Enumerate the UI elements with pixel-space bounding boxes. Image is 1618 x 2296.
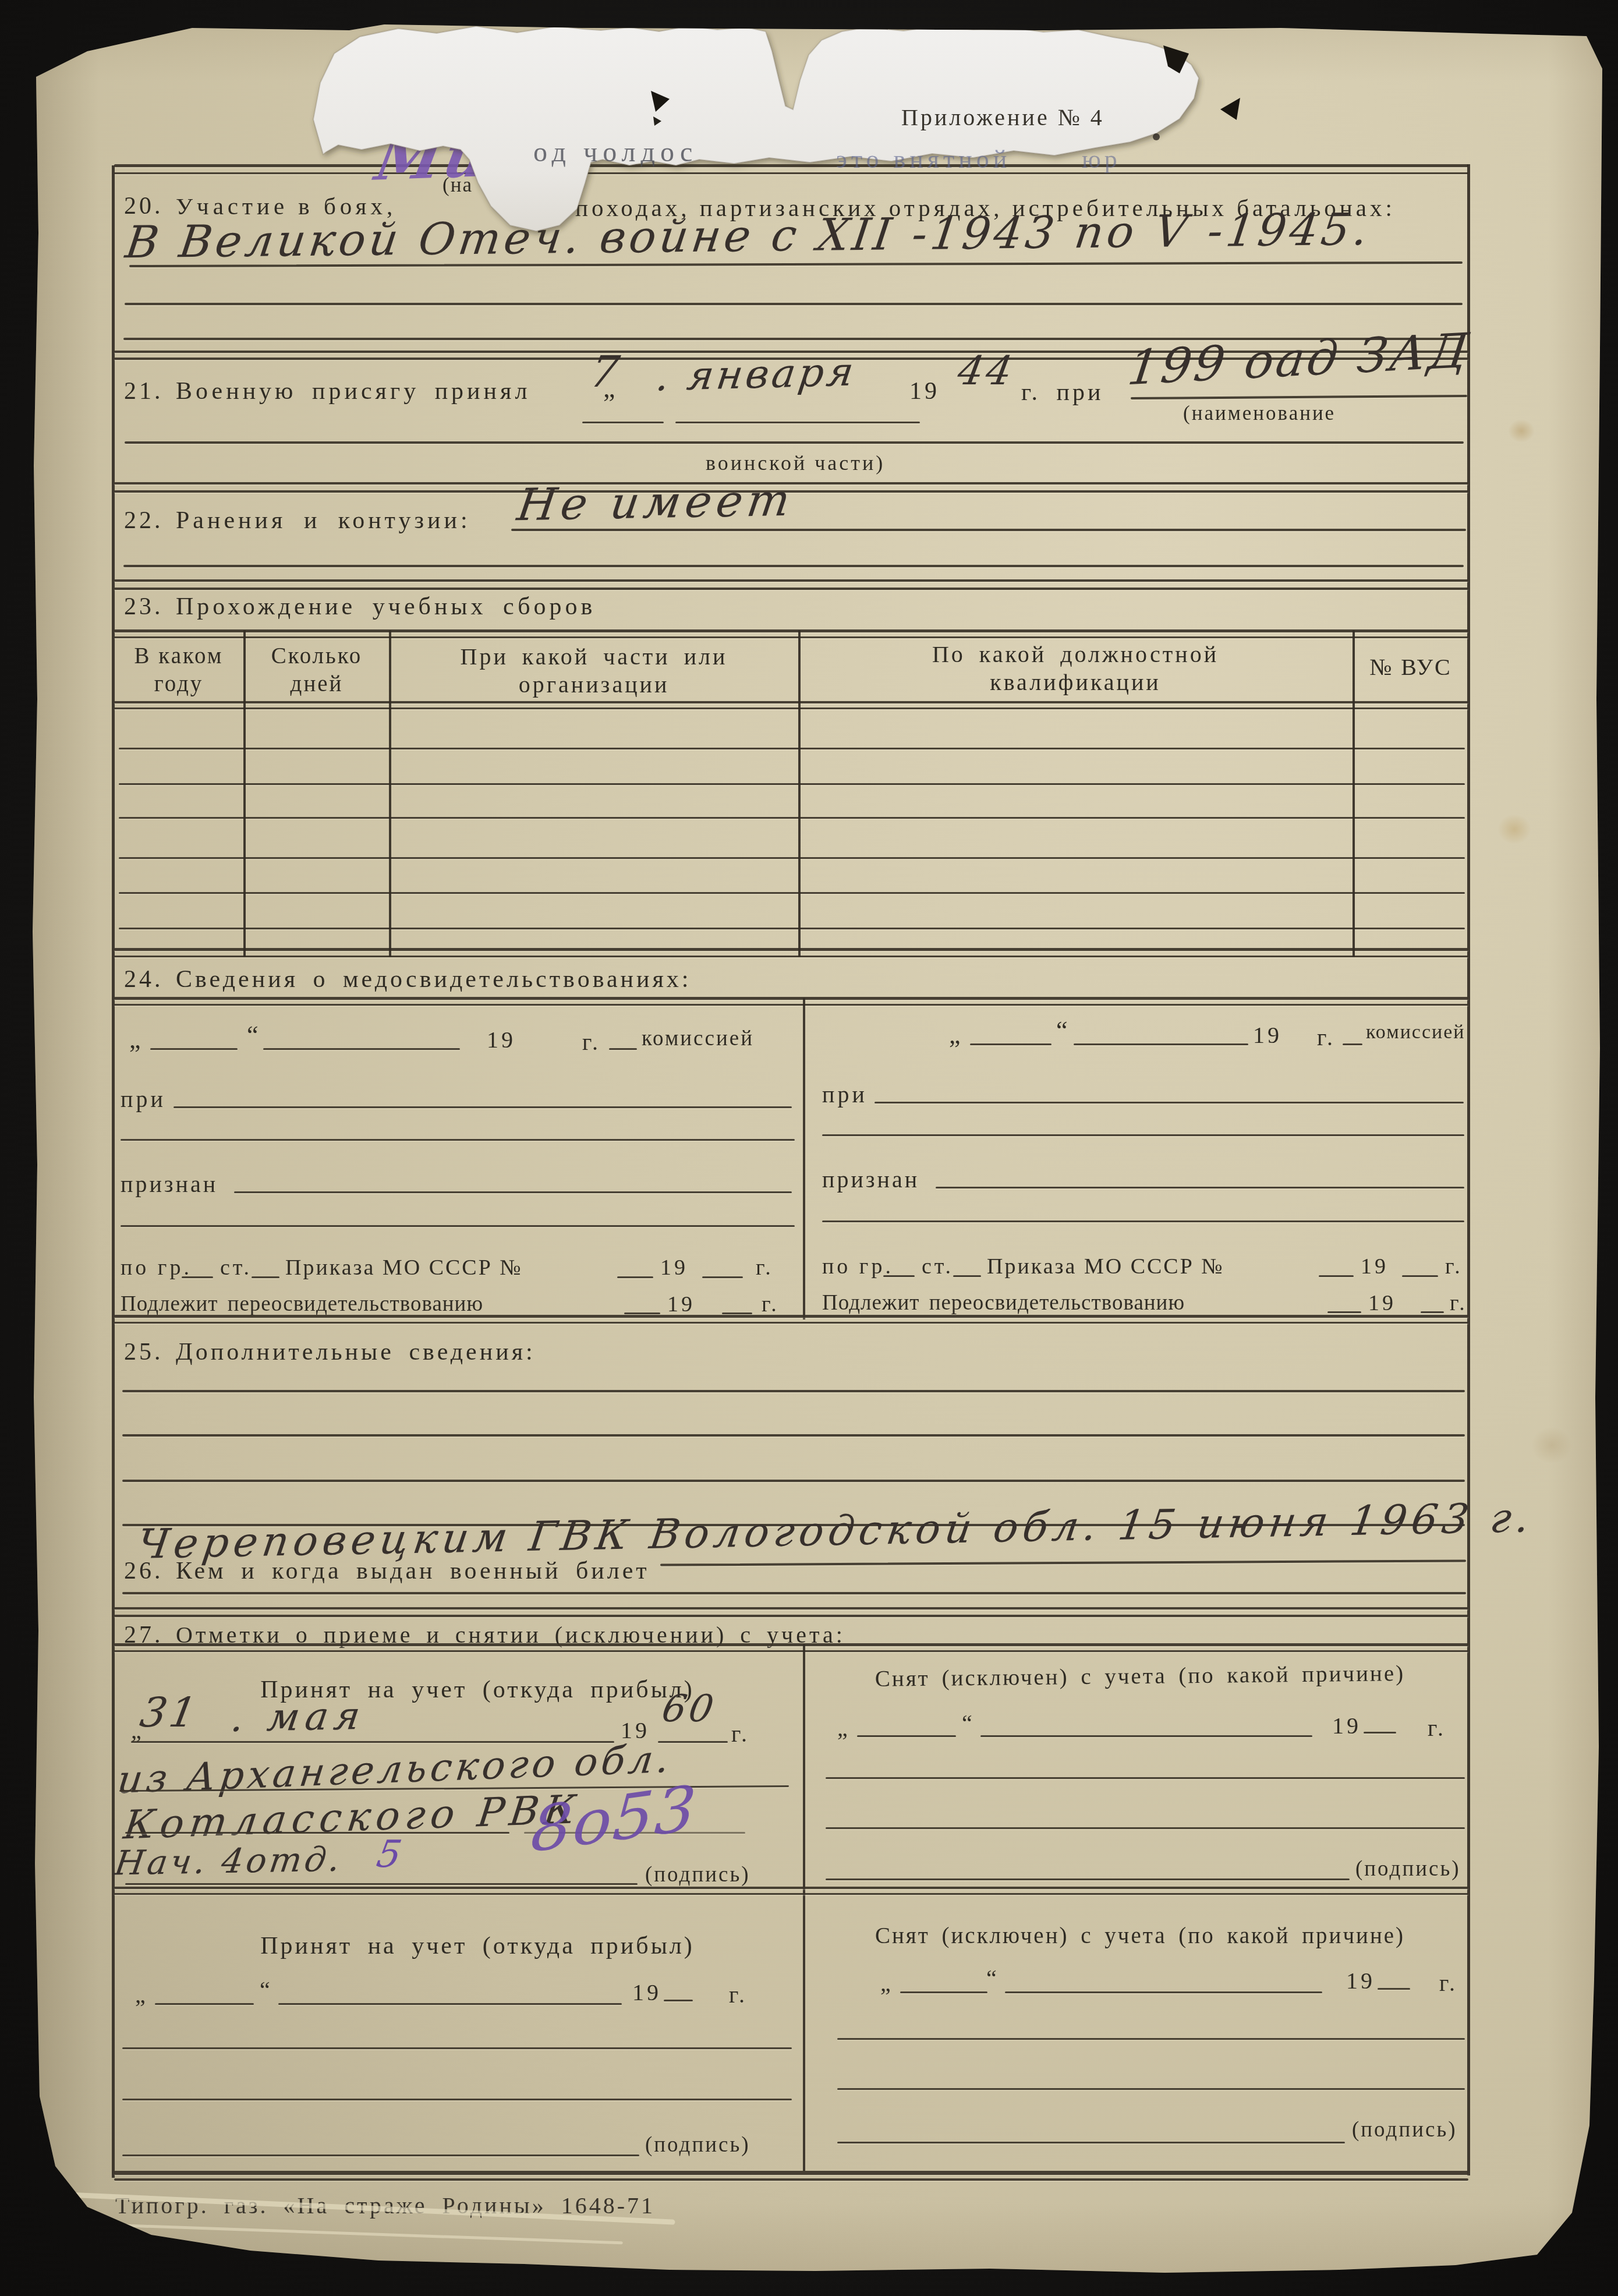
- s27-r2L-q-line: [155, 2003, 254, 2005]
- s24L-order-year: 19: [660, 1255, 688, 1280]
- s27-r1R-q-line: [857, 1735, 956, 1737]
- s20-label-fragment: (на: [442, 174, 473, 197]
- s23-label: Прохождение учебных сборов: [176, 593, 596, 621]
- s23-row-line-5: [119, 892, 1465, 894]
- s21-hint-top: (наименование: [1183, 402, 1336, 425]
- s27-r1R-open-quote: „: [837, 1714, 851, 1742]
- s21-year-handwriting: 44: [954, 348, 1018, 394]
- s23-col3-line2: организации: [391, 671, 796, 698]
- s22-underline: [511, 529, 1466, 531]
- s24R-order-g: г.: [1445, 1254, 1463, 1279]
- s27-r1L-line-3: [125, 1832, 509, 1834]
- s24R-blank-3: [1343, 1043, 1362, 1045]
- s24L-order-line: [617, 1276, 653, 1278]
- s27-r1-line4-handwriting: Нач. 4отд.: [112, 1839, 346, 1883]
- s24L-order: Приказа МО СССР №: [285, 1255, 523, 1280]
- s27-r1-month-handwriting: . мая: [228, 1693, 369, 1740]
- s27-r2R-q-line: [900, 1991, 987, 1993]
- form-bottom-border-2: [114, 2178, 1468, 2181]
- s24L-year-suffix: г.: [582, 1028, 601, 1056]
- s27-r2L-year-line: [664, 2000, 693, 2001]
- s21-number: 21.: [124, 377, 164, 405]
- s26-divider: [114, 1607, 1468, 1609]
- s22-divider: [114, 579, 1468, 582]
- patch-hole-4: [1153, 133, 1160, 140]
- s23-table-bottom: [114, 948, 1468, 951]
- s24-number: 24.: [124, 965, 164, 993]
- s27-r2R-year-prefix: 19: [1346, 1967, 1375, 1994]
- s27-r1-year-handwriting: 60: [658, 1687, 719, 1731]
- s27-r2L-line-3: [122, 2099, 792, 2100]
- s24L-reexam: Подлежит переосвидетельствованию: [121, 1292, 483, 1317]
- s23-col2-line1: Сколько: [247, 643, 387, 669]
- s27-r2R-line-3: [837, 2088, 1465, 2090]
- s24-label: Сведения о медосвидетельствованиях:: [176, 965, 692, 993]
- s23-header-underline-2: [114, 707, 1468, 709]
- s24R-order-year: 19: [1361, 1254, 1389, 1279]
- s27-r1-day-handwriting: 31: [137, 1689, 203, 1736]
- s24L-recognized-line: [234, 1191, 792, 1193]
- s27-r2R-year-line: [1378, 1988, 1410, 1990]
- s23-col-divider-1: [243, 631, 246, 957]
- s24R-reexam-line: [1327, 1311, 1361, 1313]
- s23-number: 23.: [124, 593, 164, 621]
- s27-r1R-signature-line: [826, 1878, 1350, 1880]
- ink-mark: [1220, 98, 1240, 120]
- stain: [1531, 1427, 1572, 1464]
- s22-entry-handwriting: Не имеет: [514, 474, 798, 530]
- s24L-article: ст.: [220, 1255, 252, 1280]
- s24L-at-line: [174, 1106, 792, 1108]
- s24L-close-quote: “: [247, 1020, 261, 1050]
- form-right-border: [1467, 164, 1470, 2175]
- s24R-at-line: [875, 1102, 1464, 1103]
- s24R-year-suffix: г.: [1317, 1024, 1336, 1051]
- s27-r1-signature-handwriting: 8о53: [529, 1772, 700, 1867]
- s24L-reexam-g: г.: [762, 1292, 780, 1317]
- s27-r2R-signature-hint: (подпись): [1352, 2117, 1457, 2142]
- s24-center-divider: [803, 998, 805, 1319]
- ghost-fragment-3: юр: [1082, 144, 1121, 174]
- paper-thread: [12, 508, 30, 578]
- s22-label: Ранения и контузии:: [176, 507, 471, 535]
- s21-day-handwriting: 7: [586, 347, 625, 397]
- s27-r2L-signature-line: [122, 2155, 639, 2156]
- s21-after-year: г. при: [1021, 378, 1103, 406]
- s22-number: 22.: [124, 507, 164, 535]
- s27-r2R-year-suffix: г.: [1439, 1969, 1458, 1997]
- s26-label: Кем и когда выдан военный билет: [176, 1557, 650, 1585]
- s24R-blank-1: [970, 1043, 1051, 1045]
- stain: [1508, 419, 1535, 443]
- s23-table-top: [114, 629, 1468, 632]
- s24R-st-line: [953, 1275, 981, 1277]
- s27-r1R-line-3: [826, 1827, 1465, 1829]
- s24L-order-year-line: [702, 1276, 743, 1278]
- s24L-year-prefix: 19: [487, 1026, 516, 1053]
- s21-month-handwriting: . января: [653, 349, 859, 401]
- s24R-blank-line-1: [822, 1134, 1464, 1136]
- s25-line-2: [122, 1434, 1465, 1437]
- s27-center-divider: [803, 1644, 805, 2171]
- s24L-blank-line-2: [121, 1225, 795, 1227]
- s26-underline: [660, 1559, 1466, 1566]
- s23-row-line-2: [119, 783, 1465, 785]
- s27-r2R-line-2: [837, 2038, 1465, 2040]
- s21-day-underline: [582, 422, 664, 423]
- s24L-reexam-year-line: [722, 1312, 752, 1314]
- s23-row-line-4: [119, 857, 1465, 859]
- s27-row-divider: [114, 1887, 1468, 1889]
- s25-number: 25.: [124, 1338, 164, 1366]
- s21-year-prefix: 19: [909, 377, 940, 405]
- s27-r1R-line-1: [980, 1735, 1312, 1737]
- paper-sheet: 20. Участие в боях, походах, партизански…: [0, 0, 1618, 2296]
- s23-col2-line2: дней: [247, 671, 387, 697]
- s27-r2-removed-header: Снят (исключен) с учета (по какой причин…: [815, 1923, 1465, 1949]
- s27-r2L-open-quote: „: [135, 1981, 148, 2008]
- s23-row-line-6: [119, 928, 1465, 929]
- s23-col1-line2: году: [116, 671, 241, 697]
- torn-paper-patch: [274, 17, 1205, 262]
- s27-r2L-line-2: [122, 2047, 792, 2049]
- s27-r1R-year-prefix: 19: [1332, 1712, 1361, 1739]
- s26-line-2: [122, 1592, 1466, 1594]
- s27-r1R-year-line: [1364, 1732, 1396, 1734]
- s24R-at: при: [822, 1081, 868, 1108]
- s27-r2L-year-suffix: г.: [729, 1981, 748, 2008]
- s24L-blank-2: [263, 1048, 460, 1050]
- s27-r2R-line-1: [1005, 1991, 1322, 1993]
- s23-col-divider-3: [798, 631, 801, 957]
- s21-month-underline: [675, 422, 920, 423]
- s27-r2L-signature-hint: (подпись): [645, 2132, 750, 2157]
- s24L-order-g: г.: [756, 1255, 774, 1280]
- s24L-commission: комиссией: [642, 1026, 754, 1051]
- form-bottom-border: [114, 2171, 1468, 2175]
- s23-col-divider-4: [1353, 631, 1355, 957]
- s24R-blank-2: [1074, 1043, 1248, 1045]
- appendix-label: Приложение № 4: [901, 104, 1104, 131]
- s21-unit-handwriting: 199 оад ЗАД: [1125, 323, 1474, 396]
- s24L-reexam-year: 19: [667, 1292, 695, 1317]
- s20-line-2: [125, 303, 1463, 305]
- s24R-year-prefix: 19: [1253, 1021, 1282, 1049]
- s23-header-underline: [114, 701, 1468, 703]
- s27-row-divider-2: [114, 1893, 1468, 1895]
- s23-col1-line1: В каком: [116, 643, 241, 669]
- s24L-blank-3: [609, 1048, 637, 1050]
- s21-unit-underline: [1131, 395, 1467, 399]
- s22-divider-2: [114, 588, 1468, 590]
- s23-row-line-1: [119, 748, 1465, 749]
- s24R-close-quote: “: [1056, 1016, 1071, 1045]
- s27-r2R-open-quote: „: [880, 1969, 894, 1997]
- s24L-st-line: [252, 1276, 279, 1278]
- s24R-reexam-g: г.: [1450, 1290, 1468, 1316]
- s24R-reexam: Подлежит переосвидетельствованию: [822, 1290, 1185, 1315]
- s26-divider-2: [114, 1615, 1468, 1617]
- s24-box-bottom: [114, 1315, 1468, 1318]
- s27-r1L-signature-line: [125, 1883, 638, 1885]
- s22-line-2: [123, 565, 1464, 567]
- paper-thread-2: [19, 559, 33, 600]
- s25-line-3: [122, 1480, 1465, 1482]
- s21-hint-bottom: воинской части): [706, 451, 885, 475]
- s24R-open-quote: „: [949, 1020, 964, 1050]
- s27-table-top-2: [114, 1650, 1468, 1652]
- s23-row-line-3: [119, 817, 1465, 819]
- s27-r2-accepted-header: Принят на учет (откуда прибыл): [186, 1932, 769, 1960]
- s24L-at: при: [121, 1085, 166, 1113]
- s24R-commission: комиссией: [1366, 1021, 1465, 1043]
- s23-col4-line1: По какой должностной: [801, 641, 1350, 668]
- s24R-gr-line: [883, 1275, 915, 1277]
- s27-r1R-year-suffix: г.: [1428, 1714, 1446, 1742]
- s23-col3-line1: При какой части или: [391, 643, 796, 670]
- s24R-recognized: признан: [822, 1166, 919, 1193]
- s27-r2L-year-prefix: 19: [632, 1979, 661, 2006]
- s24R-order: Приказа МО СССР №: [987, 1254, 1224, 1279]
- s27-table-top: [114, 1643, 1468, 1646]
- s24-box-bottom-2: [114, 1322, 1468, 1324]
- s23-col5-header: № ВУС: [1355, 653, 1467, 681]
- s23-col-divider-2: [389, 631, 391, 957]
- s27-r2R-signature-line: [837, 2142, 1345, 2143]
- s27-r1L-signature-hint: (подпись): [645, 1862, 750, 1887]
- s27-r1L-year-suffix: г.: [731, 1720, 750, 1747]
- s24R-blank-line-2: [822, 1220, 1464, 1222]
- s24L-blank-1: [150, 1048, 238, 1050]
- s24R-reexam-year-line: [1421, 1311, 1444, 1313]
- s27-r1R-line-2: [826, 1777, 1465, 1779]
- s27-r2L-line-1: [278, 2003, 622, 2005]
- s24R-order-year-line: [1402, 1275, 1438, 1277]
- s24R-article: ст.: [922, 1254, 954, 1279]
- scanned-document: 20. Участие в боях, походах, партизански…: [0, 0, 1618, 2296]
- s21-label: Военную присягу принял: [176, 377, 530, 405]
- s27-r2R-close-quote: “: [986, 1965, 1000, 1992]
- s24R-recognized-line: [936, 1187, 1464, 1188]
- s24L-recognized: признан: [121, 1170, 218, 1198]
- s24-box-top-2: [114, 1004, 1468, 1006]
- s25-line-1: [122, 1390, 1465, 1392]
- s24L-open-quote: „: [129, 1025, 144, 1055]
- s24L-blank-line-1: [121, 1139, 795, 1141]
- s26-number: 26.: [124, 1557, 164, 1585]
- crease-highlight-2: [111, 2224, 623, 2245]
- s23-table-bottom-2: [114, 956, 1468, 957]
- s24R-reexam-year: 19: [1368, 1290, 1396, 1316]
- s24R-order-line: [1319, 1275, 1354, 1277]
- s27-r1R-close-quote: “: [962, 1710, 975, 1737]
- s27-r1R-signature-hint: (подпись): [1355, 1856, 1461, 1881]
- s21-line-full: [125, 441, 1464, 444]
- s23-col4-line2: квалификации: [801, 668, 1350, 696]
- ghost-fragment-2: это внятной: [836, 144, 1011, 174]
- s25-label: Дополнительные сведения:: [176, 1338, 536, 1366]
- ghost-fragment-1: од чолдос: [533, 136, 698, 168]
- s27-r2L-close-quote: “: [260, 1976, 273, 2004]
- s27-r1-removed-header: Снят (исключен) с учета (по какой причин…: [815, 1660, 1465, 1693]
- s24L-gr-line: [182, 1276, 213, 1278]
- s24L-reexam-line: [624, 1312, 660, 1314]
- s24-box-top: [114, 997, 1468, 1000]
- s23-table-top-2: [114, 636, 1468, 638]
- stain: [1497, 814, 1531, 844]
